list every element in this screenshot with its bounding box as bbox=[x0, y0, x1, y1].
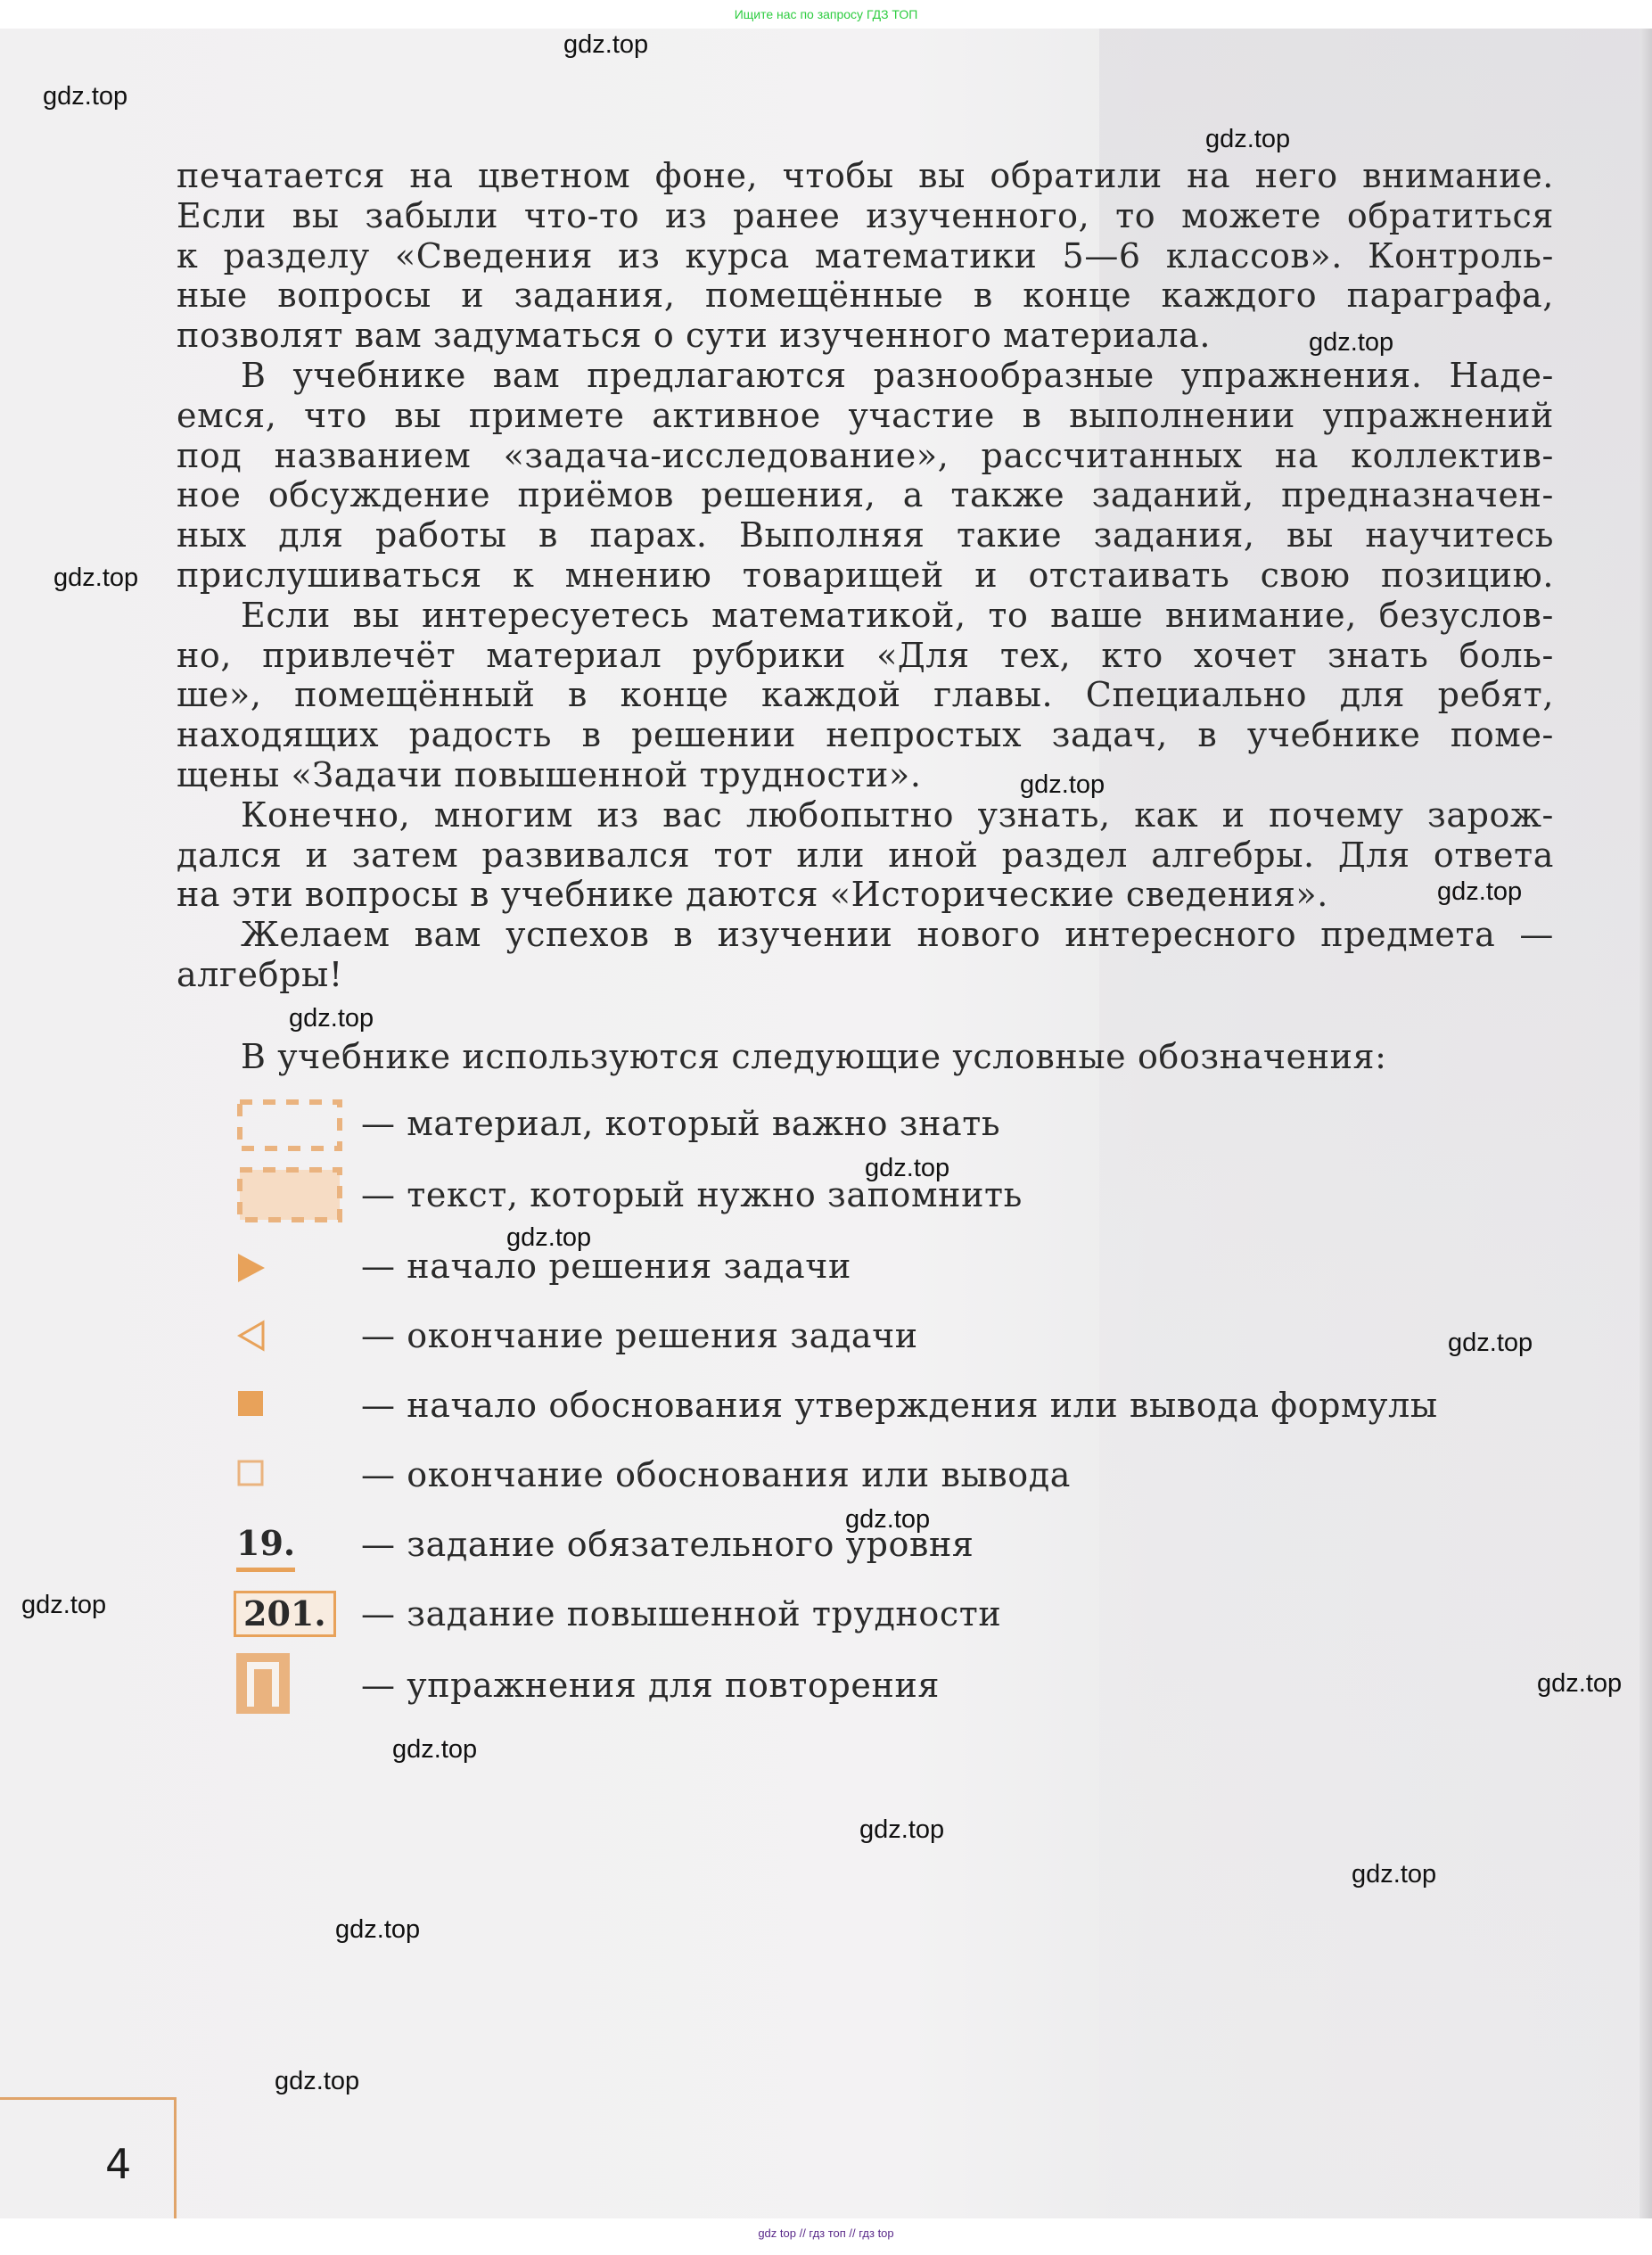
text-line: к разделу «Сведения из курса математики … bbox=[177, 236, 1554, 276]
text-line: Желаем вам успехов в изучении нового инт… bbox=[177, 915, 1554, 955]
watermark: gdz.top bbox=[335, 1915, 420, 1945]
p-letter-icon bbox=[236, 1653, 290, 1717]
legend-item-text: — окончание решения задачи bbox=[361, 1309, 918, 1362]
text-line: Конечно, многим из вас любопытно узнать,… bbox=[177, 795, 1554, 835]
legend-item-text: — материал, который важно знать bbox=[361, 1097, 1000, 1150]
legend-item: — текст, который нужно запомнить bbox=[0, 1168, 1652, 1222]
text-line: В учебнике вам предлагаются разнообразны… bbox=[177, 356, 1554, 396]
legend-item: — окончание обоснования или вывода bbox=[0, 1448, 1652, 1502]
legend-item: — упражнения для повторения bbox=[0, 1658, 1652, 1712]
watermark: gdz.top bbox=[506, 1223, 591, 1253]
watermark: gdz.top bbox=[1205, 125, 1290, 154]
text-line: емся, что вы примете активное участие в … bbox=[177, 396, 1554, 436]
page-number-frame bbox=[0, 2097, 177, 2218]
watermark: gdz.top bbox=[275, 2067, 359, 2096]
text-line: ных для работы в парах. Выполняя такие з… bbox=[177, 515, 1554, 556]
text-line: ше», помещённый в конце каждой главы. Сп… bbox=[177, 675, 1554, 715]
legend-item-text: — задание повышенной трудности bbox=[361, 1587, 1001, 1641]
text-line: под названием «задача-исследование», рас… bbox=[177, 436, 1554, 476]
legend-item: 19. — задание обязательного уровня bbox=[0, 1518, 1652, 1571]
watermark: gdz.top bbox=[289, 1004, 374, 1033]
watermark: gdz.top bbox=[1020, 770, 1105, 800]
watermark: gdz.top bbox=[392, 1735, 477, 1765]
boxed-number-icon: 201. bbox=[234, 1591, 336, 1637]
legend-item-text: — начало обоснования утверждения или выв… bbox=[361, 1379, 1438, 1432]
legend-item: — начало решения задачи bbox=[0, 1239, 1652, 1293]
underlined-number-icon: 19. bbox=[236, 1519, 295, 1572]
text-line: ное обсуждение приёмов решения, а также … bbox=[177, 475, 1554, 515]
watermark: gdz.top bbox=[53, 564, 138, 593]
legend-item-text: — начало решения задачи bbox=[361, 1239, 851, 1293]
legend-item: 201. — задание повышенной трудности bbox=[0, 1587, 1652, 1641]
watermark: gdz.top bbox=[1537, 1669, 1622, 1699]
outline-triangle-left-icon bbox=[236, 1320, 267, 1355]
watermark: gdz.top bbox=[43, 82, 127, 111]
watermark: gdz.top bbox=[1437, 877, 1522, 907]
watermark: gdz.top bbox=[21, 1591, 106, 1620]
outline-square-icon bbox=[236, 1459, 265, 1491]
text-line: но, привлечёт материал рубрики «Для тех,… bbox=[177, 636, 1554, 676]
text-line: дался и затем развивался тот или иной ра… bbox=[177, 835, 1554, 876]
text-line: находящих радость в решении непростых за… bbox=[177, 715, 1554, 755]
legend-item-text: — окончание обоснования или вывода bbox=[361, 1448, 1071, 1502]
text-line: на эти вопросы в учебнике даются «Истори… bbox=[177, 875, 1554, 915]
body-text: печатается на цветном фоне, чтобы вы обр… bbox=[177, 156, 1554, 995]
page-number: 4 bbox=[105, 2140, 131, 2188]
top-banner: Ищите нас по запросу ГДЗ ТОП bbox=[0, 0, 1652, 29]
legend-item: — окончание решения задачи bbox=[0, 1309, 1652, 1362]
watermark: gdz.top bbox=[1448, 1329, 1533, 1358]
text-line: Если вы забыли что-то из ранее изученног… bbox=[177, 196, 1554, 236]
text-line: ные вопросы и задания, помещённые в конц… bbox=[177, 276, 1554, 316]
legend-item: — начало обоснования утверждения или выв… bbox=[0, 1379, 1652, 1432]
dashed-frame-icon bbox=[236, 1099, 343, 1156]
watermark: gdz.top bbox=[1352, 1860, 1436, 1889]
legend-item-text: — упражнения для повторения bbox=[361, 1658, 940, 1712]
watermark: gdz.top bbox=[563, 30, 648, 60]
filled-triangle-right-icon bbox=[236, 1252, 267, 1288]
watermark: gdz.top bbox=[859, 1815, 944, 1845]
watermark: gdz.top bbox=[1309, 328, 1393, 358]
text-line: алгебры! bbox=[177, 955, 1554, 995]
text-line: печатается на цветном фоне, чтобы вы обр… bbox=[177, 156, 1554, 196]
watermark: gdz.top bbox=[865, 1154, 949, 1183]
text-line: щены «Задачи повышенной трудности». bbox=[177, 755, 1554, 795]
text-line: прислушиваться к мнению товарищей и отст… bbox=[177, 556, 1554, 596]
bottom-banner: gdz top // гдз топ // гдз top bbox=[0, 2218, 1652, 2255]
shaded-dashed-frame-icon bbox=[236, 1166, 343, 1227]
text-line: Если вы интересуетесь математикой, то ва… bbox=[177, 596, 1554, 636]
filled-square-icon bbox=[236, 1389, 265, 1421]
watermark: gdz.top bbox=[845, 1505, 930, 1535]
legend-title: В учебнике используются следующие условн… bbox=[241, 1037, 1387, 1076]
legend-item: — материал, который важно знать bbox=[0, 1097, 1652, 1150]
